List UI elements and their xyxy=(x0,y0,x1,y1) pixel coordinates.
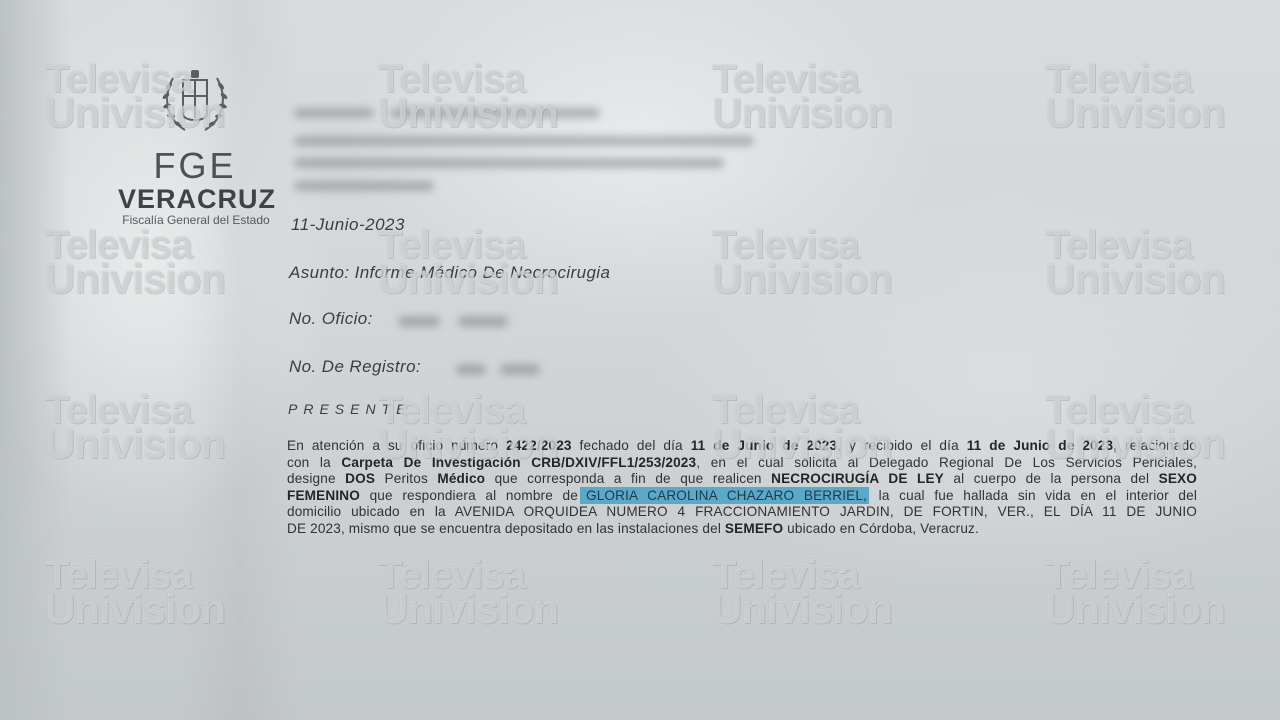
subject-value: Informe Médico De Necrocirugia xyxy=(355,263,611,282)
registro-label: No. De Registro: xyxy=(289,357,421,376)
logo-state: VERACRUZ xyxy=(114,185,280,213)
redacted-registro-number xyxy=(500,364,540,375)
body-line: domicilio ubicado en la AVENIDA ORQUIDEA… xyxy=(287,504,1197,521)
body-paragraph: En atención a su oficio número 2422/2023… xyxy=(287,438,1197,537)
page-edge-shadow xyxy=(0,0,70,720)
subject-label: Asunto: xyxy=(289,263,349,282)
redacted-text xyxy=(390,108,600,118)
subject-line: Asunto: Informe Médico De Necrocirugia xyxy=(289,263,610,283)
body-line: con la Carpeta De Investigación CRB/DXIV… xyxy=(287,455,1197,472)
redacted-text xyxy=(294,158,724,168)
logo-acronym: FGE xyxy=(110,147,280,185)
redacted-text xyxy=(294,136,754,146)
state-coat-of-arms-icon xyxy=(155,66,235,138)
body-line: En atención a su oficio número 2422/2023… xyxy=(287,438,1197,455)
body-line: FEMENINO que respondiera al nombre deGLO… xyxy=(287,488,1197,505)
logo-subtitle: Fiscalía General del Estado xyxy=(112,213,280,227)
redacted-registro-number xyxy=(456,364,486,375)
document-date: 11-Junio-2023 xyxy=(291,215,405,235)
registro-number-line: No. De Registro: xyxy=(289,357,421,377)
oficio-label: No. Oficio: xyxy=(289,309,373,328)
salutation: PRESENTE xyxy=(288,401,411,417)
fge-veracruz-logo: FGE VERACRUZ Fiscalía General del Estado xyxy=(110,66,280,227)
redacted-oficio-number xyxy=(458,316,508,327)
highlighted-victim-name: GLORIA CAROLINA CHAZARO BERRIEL, xyxy=(580,487,869,504)
body-line: designe DOS Peritos Médico que correspon… xyxy=(287,471,1197,488)
body-line: DE 2023, mismo que se encuentra deposita… xyxy=(287,521,1197,538)
oficio-number-line: No. Oficio: xyxy=(289,309,373,329)
redacted-text xyxy=(294,108,374,118)
redacted-oficio-number xyxy=(398,316,440,327)
redacted-text xyxy=(294,181,434,191)
